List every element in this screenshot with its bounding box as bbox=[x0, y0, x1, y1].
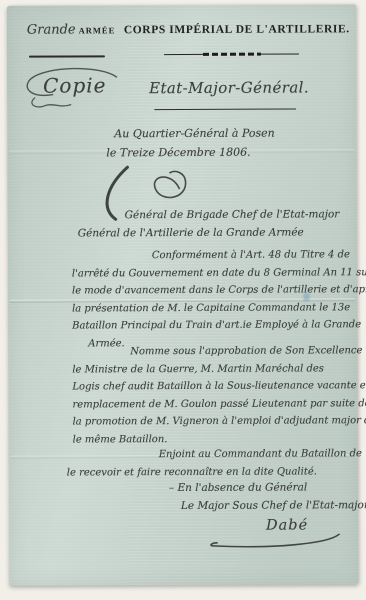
ornamental-rule bbox=[164, 52, 299, 56]
body-line: Logis chef audit Bataillon à la Sous-lie… bbox=[72, 377, 364, 396]
body-line: le recevoir et faire reconnaître en la d… bbox=[67, 463, 359, 482]
signature-flourish bbox=[209, 532, 343, 553]
masthead-title: CORPS IMPÉRIAL DE L'ARTILLERIE. bbox=[124, 23, 339, 36]
corner-label-printed: ARMÉE bbox=[79, 25, 116, 35]
paragraph-2: Nomme sous l'approbation de Son Excellen… bbox=[72, 342, 364, 448]
body-line: la promotion de M. Vigneron à l'emploi d… bbox=[73, 412, 365, 431]
body-line: Bataillon Principal du Train d'art.ie Em… bbox=[72, 316, 364, 335]
paragraph-3: Enjoint au Commandant du Bataillon de le… bbox=[67, 445, 359, 481]
body-line: Conformément à l'Art. 48 du Titre 4 de bbox=[152, 246, 364, 264]
department-underline bbox=[154, 109, 296, 111]
body-line: l'arrêté du Gouvernement en date du 8 Ge… bbox=[72, 264, 364, 283]
body-line: le mode d'avancement dans le Corps de l'… bbox=[72, 281, 364, 300]
body-line: Enjoint au Commandant du Bataillon de bbox=[159, 445, 359, 463]
paragraph-1: Conformément à l'Art. 48 du Titre 4 de l… bbox=[72, 246, 364, 352]
corner-label-script: Grande bbox=[27, 22, 76, 37]
closing-line: – En l'absence du Général bbox=[169, 481, 307, 494]
department-title: Etat-Major-Général. bbox=[149, 78, 309, 97]
ink-smudge bbox=[303, 292, 310, 301]
dateline-place: Au Quartier-Général à Posen bbox=[114, 127, 275, 141]
body-line: remplacement de M. Goulon passé Lieutena… bbox=[72, 395, 364, 414]
closing-line: Le Major Sous Chef de l'Etat-major bbox=[181, 499, 366, 512]
opening-line: Général de Brigade Chef de l'Etat-major bbox=[125, 208, 340, 221]
signature: Dabé bbox=[266, 517, 308, 533]
dateline-date: le Treize Décembre 1806. bbox=[106, 146, 250, 160]
corner-label: GrandeARMÉE bbox=[27, 21, 115, 37]
body-line: Nomme sous l'approbation de Son Excellen… bbox=[130, 342, 364, 361]
copy-label: Copie bbox=[43, 73, 106, 97]
body-line: la présentation de M. le Capitaine Comma… bbox=[72, 299, 364, 318]
body-line: le Ministre de la Guerre, M. Martin Maré… bbox=[72, 360, 364, 379]
document-photo: GrandeARMÉE CORPS IMPÉRIAL DE L'ARTILLER… bbox=[0, 0, 366, 600]
opening-line: Général de l'Artillerie de la Grande Arm… bbox=[78, 226, 304, 239]
corner-rule bbox=[29, 55, 105, 57]
letter-paper: GrandeARMÉE CORPS IMPÉRIAL DE L'ARTILLER… bbox=[7, 4, 359, 586]
